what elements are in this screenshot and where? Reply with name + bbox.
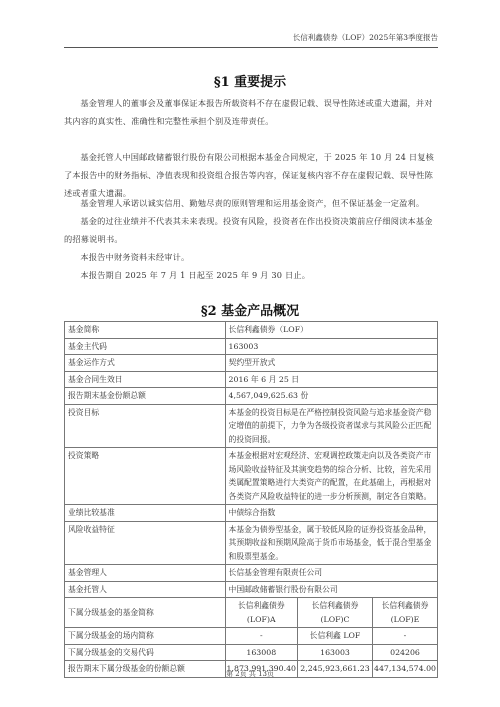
table-row: 基金管理人 长信基金管理有限责任公司 — [65, 565, 438, 582]
row-label: 下属分级基金的场内简称 — [65, 628, 226, 645]
table-row: 投资目标 本基金的投资目标是在严格控制投资风险与追求基金资产稳定增值的前提下，力… — [65, 404, 438, 448]
row-label: 基金主代码 — [65, 338, 226, 355]
row-label: 基金简称 — [65, 322, 226, 339]
table-row: 基金简称 长信利鑫债券（LOF） — [65, 322, 438, 339]
table-row: 业绩比较基准 中债综合指数 — [65, 505, 438, 522]
notice-paragraph-5: 本报告中财务资料未经审计。 — [64, 248, 438, 266]
row-value: 本基金的投资目标是在严格控制投资风险与追求基金资产稳定增值的前提下，力争为各级投… — [225, 404, 437, 448]
row-label: 基金运作方式 — [65, 355, 226, 372]
page-number: 第 2页 共 13页 — [0, 669, 500, 679]
row-value: 2016 年 6 月 25 日 — [225, 371, 437, 388]
table-row-share-class-names: 下属分级基金的基金简称 长信利鑫债券(LOF)A 长信利鑫债券(LOF)C 长信… — [65, 598, 438, 628]
table-row: 风险收益特征 本基金为债券型基金，属于较低风险的证券投资基金品种，其预期收益和预… — [65, 521, 438, 565]
row-label: 投资目标 — [65, 404, 226, 448]
row-value: 本基金为债券型基金，属于较低风险的证券投资基金品种，其预期收益和预期风险高于货币… — [225, 521, 437, 565]
row-value: 长信利鑫债券（LOF） — [225, 322, 437, 339]
table-row: 基金主代码 163003 — [65, 338, 438, 355]
row-label: 基金托管人 — [65, 581, 226, 598]
report-title: 长信利鑫债券（LOF）2025年第3季度报告 — [293, 33, 438, 42]
row-value: 4,567,049,625.63 份 — [225, 388, 437, 405]
row-value: 契约型开放式 — [225, 355, 437, 372]
row-value: 中国邮政储蓄银行股份有限公司 — [225, 581, 437, 598]
table-row: 投资策略 本基金根据对宏观经济、宏观调控政策走向以及各类资产市场风险收益特征及其… — [65, 448, 438, 505]
page-header: 长信利鑫债券（LOF）2025年第3季度报告 — [64, 32, 438, 48]
table-row: 基金运作方式 契约型开放式 — [65, 355, 438, 372]
fund-overview-table: 基金简称 长信利鑫债券（LOF） 基金主代码 163003 基金运作方式 契约型… — [64, 321, 438, 678]
row-value: 中债综合指数 — [225, 505, 437, 522]
table-row: 基金托管人 中国邮政储蓄银行股份有限公司 — [65, 581, 438, 598]
row-label: 下属分级基金的交易代码 — [65, 644, 226, 661]
section2-title: §2 基金产品概况 — [0, 300, 500, 319]
table-row: 基金合同生效日 2016 年 6 月 25 日 — [65, 371, 438, 388]
row-label: 投资策略 — [65, 448, 226, 505]
table-row-trading-codes: 下属分级基金的交易代码 163008 163003 024206 — [65, 644, 438, 661]
trading-code-e: 024206 — [372, 644, 437, 661]
row-value: 163003 — [225, 338, 437, 355]
trading-code-a: 163008 — [225, 644, 297, 661]
exchange-name-c: 长信利鑫 LOF — [298, 628, 373, 645]
row-label: 下属分级基金的基金简称 — [65, 598, 226, 628]
share-class-name-e: 长信利鑫债券(LOF)E — [372, 598, 437, 628]
row-label: 基金管理人 — [65, 565, 226, 582]
row-label: 风险收益特征 — [65, 521, 226, 565]
table-row: 报告期末基金份额总额 4,567,049,625.63 份 — [65, 388, 438, 405]
section1-title: §1 重要提示 — [0, 71, 500, 90]
share-class-name-a: 长信利鑫债券(LOF)A — [225, 598, 297, 628]
trading-code-c: 163003 — [298, 644, 373, 661]
notice-paragraph-3: 基金管理人承诺以诚实信用、勤勉尽责的原则管理和运用基金资产，但不保证基金一定盈利… — [64, 194, 438, 212]
row-value: 本基金根据对宏观经济、宏观调控政策走向以及各类资产市场风险收益特征及其演变趋势的… — [225, 448, 437, 505]
share-class-name-c: 长信利鑫债券(LOF)C — [298, 598, 373, 628]
row-label: 业绩比较基准 — [65, 505, 226, 522]
row-label: 基金合同生效日 — [65, 371, 226, 388]
exchange-name-e: - — [372, 628, 437, 645]
table-row-exchange-names: 下属分级基金的场内简称 - 长信利鑫 LOF - — [65, 628, 438, 645]
notice-paragraph-1: 基金管理人的董事会及董事保证本报告所载资料不存在虚假记载、误导性陈述或重大遗漏，… — [64, 94, 438, 130]
row-value: 长信基金管理有限责任公司 — [225, 565, 437, 582]
notice-paragraph-6: 本报告期自 2025 年 7 月 1 日起至 2025 年 9 月 30 日止。 — [64, 266, 438, 284]
exchange-name-a: - — [225, 628, 297, 645]
row-label: 报告期末基金份额总额 — [65, 388, 226, 405]
notice-paragraph-4: 基金的过往业绩并不代表其未来表现。投资有风险，投资者在作出投资决策前应仔细阅读本… — [64, 212, 438, 248]
